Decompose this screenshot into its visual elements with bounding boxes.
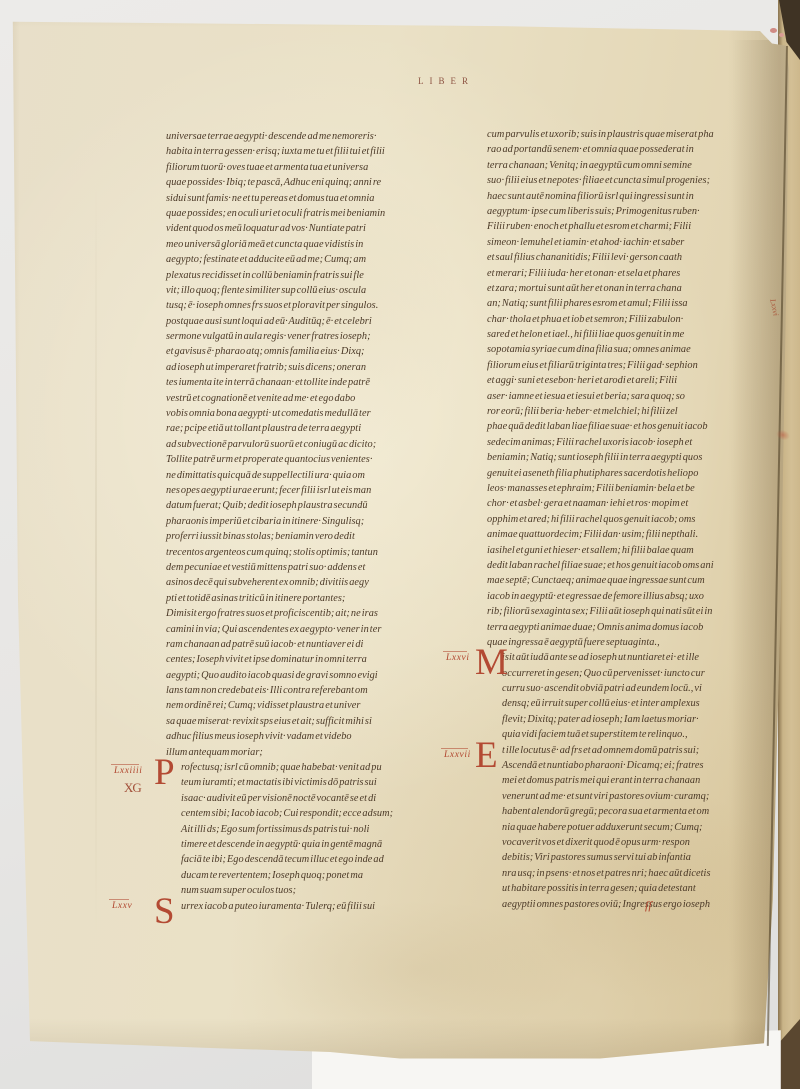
text-line: aegyptii omnes pastores oviū; Ingressus … — [502, 897, 781, 912]
text-line: quae possides; en oculi uri et oculi fra… — [166, 206, 452, 221]
text-line: sedecim animas; Filii rachel uxoris iaco… — [487, 435, 781, 450]
chapter-number-lxxiiii: Lxxiiii — [114, 766, 142, 776]
text-line: et gavisus ē· pharao atq; omnis familia … — [166, 344, 452, 359]
text-line: vocaverit vos et dixerit quod ē opus urm… — [502, 835, 781, 850]
text-line: quia vidi faciem tuā et superstitem te r… — [502, 727, 781, 742]
chapter-number-lxxvii: Lxxvii — [444, 750, 471, 760]
text-line: pti et totidē asinas triticū in itinere … — [166, 591, 452, 606]
manuscript-photo: LIBER universae terrae aegypti· descende… — [0, 0, 800, 1089]
text-line: suo· filii eius et nepotes· filiae et cu… — [487, 173, 781, 188]
text-line: vit; illo quoq; flente similiter sup col… — [166, 283, 452, 298]
text-paragraph: Misit aūt iudā ante se ad ioseph ut nunt… — [487, 650, 781, 742]
text-line: nia quae habere potuer adduxerunt secum;… — [502, 820, 781, 835]
text-line: sa quae miserat· revixit sps eius et ait… — [166, 714, 452, 729]
text-line: mei et domus patris mei qui erant in ter… — [502, 773, 781, 788]
rubric-initial: S — [154, 895, 175, 929]
text-line: postquae ausi sunt loqui ad eū· Auditūq;… — [166, 314, 452, 329]
text-line: faciā te ibi; Ego descendā tecum illuc e… — [181, 852, 452, 867]
text-line: debitis; Viri pastores sumus servi tui a… — [502, 850, 781, 865]
text-line: pharaonis imperiū et cibaria in itinere·… — [166, 514, 452, 529]
text-line: nra usq; in psens· et nos et patres nri;… — [502, 866, 781, 881]
text-line: mae septē; Cunctaeq; animae quae ingress… — [487, 573, 781, 588]
text-line: genuit ei aseneth filia phutiphares sace… — [487, 466, 781, 481]
text-line: centem sibi; Iacob iacob; Cui respondit;… — [181, 806, 452, 821]
text-line: nes opes aegypti urae erunt; fecer filii… — [166, 483, 452, 498]
quire-mark: XG — [124, 780, 141, 796]
text-line: chor· et asbel· gera et naaman· iehi et … — [487, 496, 781, 511]
text-line: trecentos argenteos cum quinq; stolis op… — [166, 545, 452, 560]
text-line: isaac· audivit eū per visionē noctē voca… — [181, 791, 452, 806]
text-line: ror eorū; filii beria· heber· et melchie… — [487, 404, 781, 419]
text-line: densq; eū irruit super collū eius· et in… — [502, 696, 781, 711]
text-line: urrex iacob a puteo iuramenta· Tulerq; e… — [181, 899, 452, 914]
text-line: haec sunt autē nomina filiorū isrl qui i… — [487, 189, 781, 204]
text-line: beniamin; Natiq; sunt ioseph filii in te… — [487, 450, 781, 465]
text-paragraph: Et ille locutus ē· ad frs et ad omnem do… — [487, 743, 781, 912]
text-line: occurreret in gesen; Quo cū pervenisset·… — [502, 666, 781, 681]
parchment-stain — [260, 900, 580, 1040]
parchment-crease — [95, 180, 97, 940]
text-line: illum antequam moriar; — [166, 745, 452, 760]
text-line: et merari; Filii iuda· her et onan· et s… — [487, 266, 781, 281]
text-line: aegypti; Quo audito iacob quasi de gravi… — [166, 668, 452, 683]
text-line: sermone vulgatū in aula regis· vener fra… — [166, 329, 452, 344]
text-line: dem pecuniae et vestiū mittens patri suo… — [166, 560, 452, 575]
text-line: vestrū et cognationē et venite ad me· et… — [166, 391, 452, 406]
text-line: vobis omnia bona aegypti· ut comedatis m… — [166, 406, 452, 421]
text-line: ad ioseph ut imperaret fratrib; suis dic… — [166, 360, 452, 375]
text-line: simeon· lemuhel et iamin· et ahod· iachi… — [487, 235, 781, 250]
text-line: proferri iussit binas stolas; beniamin v… — [166, 529, 452, 544]
text-line: ad subvectionē parvulorū suorū et coniug… — [166, 437, 452, 452]
rubric-initial: E — [475, 739, 498, 773]
text-line: rae; pcipe etiā ut tollant plaustra de t… — [166, 421, 452, 436]
text-line: rib; filiorū sexaginta sex; Filii aūt io… — [487, 604, 781, 619]
text-line: et zara; mortui sunt aūt her et onan in … — [487, 281, 781, 296]
parchment-stain — [200, 150, 460, 470]
text-line: filiorum eius et filiarū triginta tres; … — [487, 358, 781, 373]
text-line: vident quod os meū loquatur ad vos· Nunt… — [166, 221, 452, 236]
text-line: teum iuramti; et mactatis ibi victimis d… — [181, 775, 452, 790]
text-line: lans tam non credebat eis· Illi contra r… — [166, 683, 452, 698]
text-line: terra aegypti animae duae; Omnis anima d… — [487, 620, 781, 635]
text-paragraph: Profectusq; isrl cū omnib; quae habebat·… — [166, 760, 452, 899]
text-line: aegyptum· ipse cum liberis suis; Primoge… — [487, 204, 781, 219]
text-line: nem ordinē rei; Cumq; vidisset plaustra … — [166, 698, 452, 713]
text-line: phae quā dedit laban liae filiae suae· e… — [487, 419, 781, 434]
text-line: sared et helon et iael., hi filii liae q… — [487, 327, 781, 342]
text-line: et aggi· suni et esebon· heri et arodi e… — [487, 373, 781, 388]
text-line: centes; Ioseph vivit et ipse dominatur i… — [166, 652, 452, 667]
text-line: Filii ruben· enoch et phallu et esrom et… — [487, 219, 781, 234]
text-line: cum parvulis et uxorib; suis in plaustri… — [487, 127, 781, 142]
text-paragraph: Surrex iacob a puteo iuramenta· Tulerq; … — [166, 899, 452, 914]
text-line: leos· manasses et ephraim; Filii beniami… — [487, 481, 781, 496]
text-line: ut habitare possitis in terra gesen; qui… — [502, 881, 781, 896]
text-line: Tollite patrē urm et properate quantociu… — [166, 452, 452, 467]
text-line: quae possides· Ibiq; te pascā, Adhuc eni… — [166, 175, 452, 190]
text-line: aegypto; festinate et adducite eū ad me;… — [166, 252, 452, 267]
text-paragraph: universae terrae aegypti· descende ad me… — [166, 129, 452, 760]
text-line: Ait illi ds; Ego sum fortissimus ds patr… — [181, 822, 452, 837]
text-line: iacob in aegyptū· et egressae de femore … — [487, 589, 781, 604]
text-paragraph: cum parvulis et uxorib; suis in plaustri… — [487, 127, 781, 650]
text-line: char· thola et phua et iob et semron; Fi… — [487, 312, 781, 327]
text-line: plexatus recidisset in collū beniamin fr… — [166, 268, 452, 283]
text-line: curru suo· ascendit obviā patri ad eunde… — [502, 681, 781, 696]
text-line: Dimisit ergo fratres suos et proficiscen… — [166, 606, 452, 621]
ribbon-crumb-icon — [770, 28, 777, 33]
text-line: terra chanaan; Venitq; in aegyptū cum om… — [487, 158, 781, 173]
text-line: ram chanaan ad patrē suū iacob· et nunti… — [166, 637, 452, 652]
text-line: quae ingressa ē aegyptū fuere septuagint… — [487, 635, 781, 650]
text-line: opphim et ared; hi filii rachel quos gen… — [487, 512, 781, 527]
text-line: tes iumenta ite in terrā chanaan· et tol… — [166, 375, 452, 390]
text-line: tusq; ē· ioseph omnes frs suos et plorav… — [166, 298, 452, 313]
text-line: datum fuerat; Quib; dedit ioseph plaustr… — [166, 498, 452, 513]
text-line: Ascendā et nuntiabo pharaoni· Dicamq; ei… — [502, 758, 781, 773]
running-title: LIBER — [418, 76, 474, 86]
text-line: rao ad portandū senem· et omnia quae pos… — [487, 142, 781, 157]
chapter-number-lxxv: Lxxv — [112, 901, 132, 911]
text-line: venerunt ad me· et sunt viri pastores ov… — [502, 789, 781, 804]
rubric-initial: M — [475, 646, 508, 680]
chapter-number-lxxvi: Lxxvi — [446, 653, 470, 663]
text-line: adhuc filius meus ioseph vivit· vadam et… — [166, 729, 452, 744]
text-line: sopotamia syriae cum dina filia sua; omn… — [487, 342, 781, 357]
text-line: meo universā gloriā meā et cuncta quae v… — [166, 237, 452, 252]
text-line: ducam te revertentem; Ioseph quoq; ponet… — [181, 868, 452, 883]
text-line: dedit laban rachel filiae suae; et hos g… — [487, 558, 781, 573]
text-line: ne dimittatis quicquā de suppellectili u… — [166, 468, 452, 483]
paragraph-flourish-icon: ſſ — [645, 898, 652, 913]
text-line: habita in terra gessen· erisq; iuxta me … — [166, 144, 452, 159]
text-line: animae quattuordecim; Filii dan· usim; f… — [487, 527, 781, 542]
text-line: iasihel et guni et hieser· et sallem; hi… — [487, 543, 781, 558]
text-line: filiorum tuorū· oves tuae et armenta tua… — [166, 160, 452, 175]
text-line: isit aūt iudā ante se ad ioseph ut nunti… — [502, 650, 781, 665]
text-line: aser· iamne et iesua et iesui et beria; … — [487, 389, 781, 404]
text-line: asinos decē qui subveherent ex omnib; di… — [166, 575, 452, 590]
text-line: sidui sunt famis· ne et tu pereas et dom… — [166, 191, 452, 206]
text-line: et saul filius chananitidis; Filii levi·… — [487, 250, 781, 265]
parchment-leaf: LIBER universae terrae aegypti· descende… — [0, 0, 800, 1089]
text-line: rofectusq; isrl cū omnib; quae habebat· … — [181, 760, 452, 775]
text-line: flevit; Dixitq; pater ad ioseph; Iam lae… — [502, 712, 781, 727]
text-line: an; Natiq; sunt filii phares esrom et am… — [487, 296, 781, 311]
parchment-stain — [520, 780, 780, 1000]
right-text-column: cum parvulis et uxorib; suis in plaustri… — [487, 127, 781, 912]
text-line: universae terrae aegypti· descende ad me… — [166, 129, 452, 144]
text-line: habent alendorū gregū; pecora sua et arm… — [502, 804, 781, 819]
text-line: t ille locutus ē· ad frs et ad omnem dom… — [502, 743, 781, 758]
left-text-column: universae terrae aegypti· descende ad me… — [166, 129, 452, 914]
text-line: num suam super oculos tuos; — [181, 883, 452, 898]
ribbon-crumb-icon — [779, 33, 784, 37]
text-line: timere et descende in aegyptū· quia in g… — [181, 837, 452, 852]
rubric-initial: P — [154, 756, 175, 790]
text-line: camini in via; Qui ascendentes ex aegypt… — [166, 622, 452, 637]
